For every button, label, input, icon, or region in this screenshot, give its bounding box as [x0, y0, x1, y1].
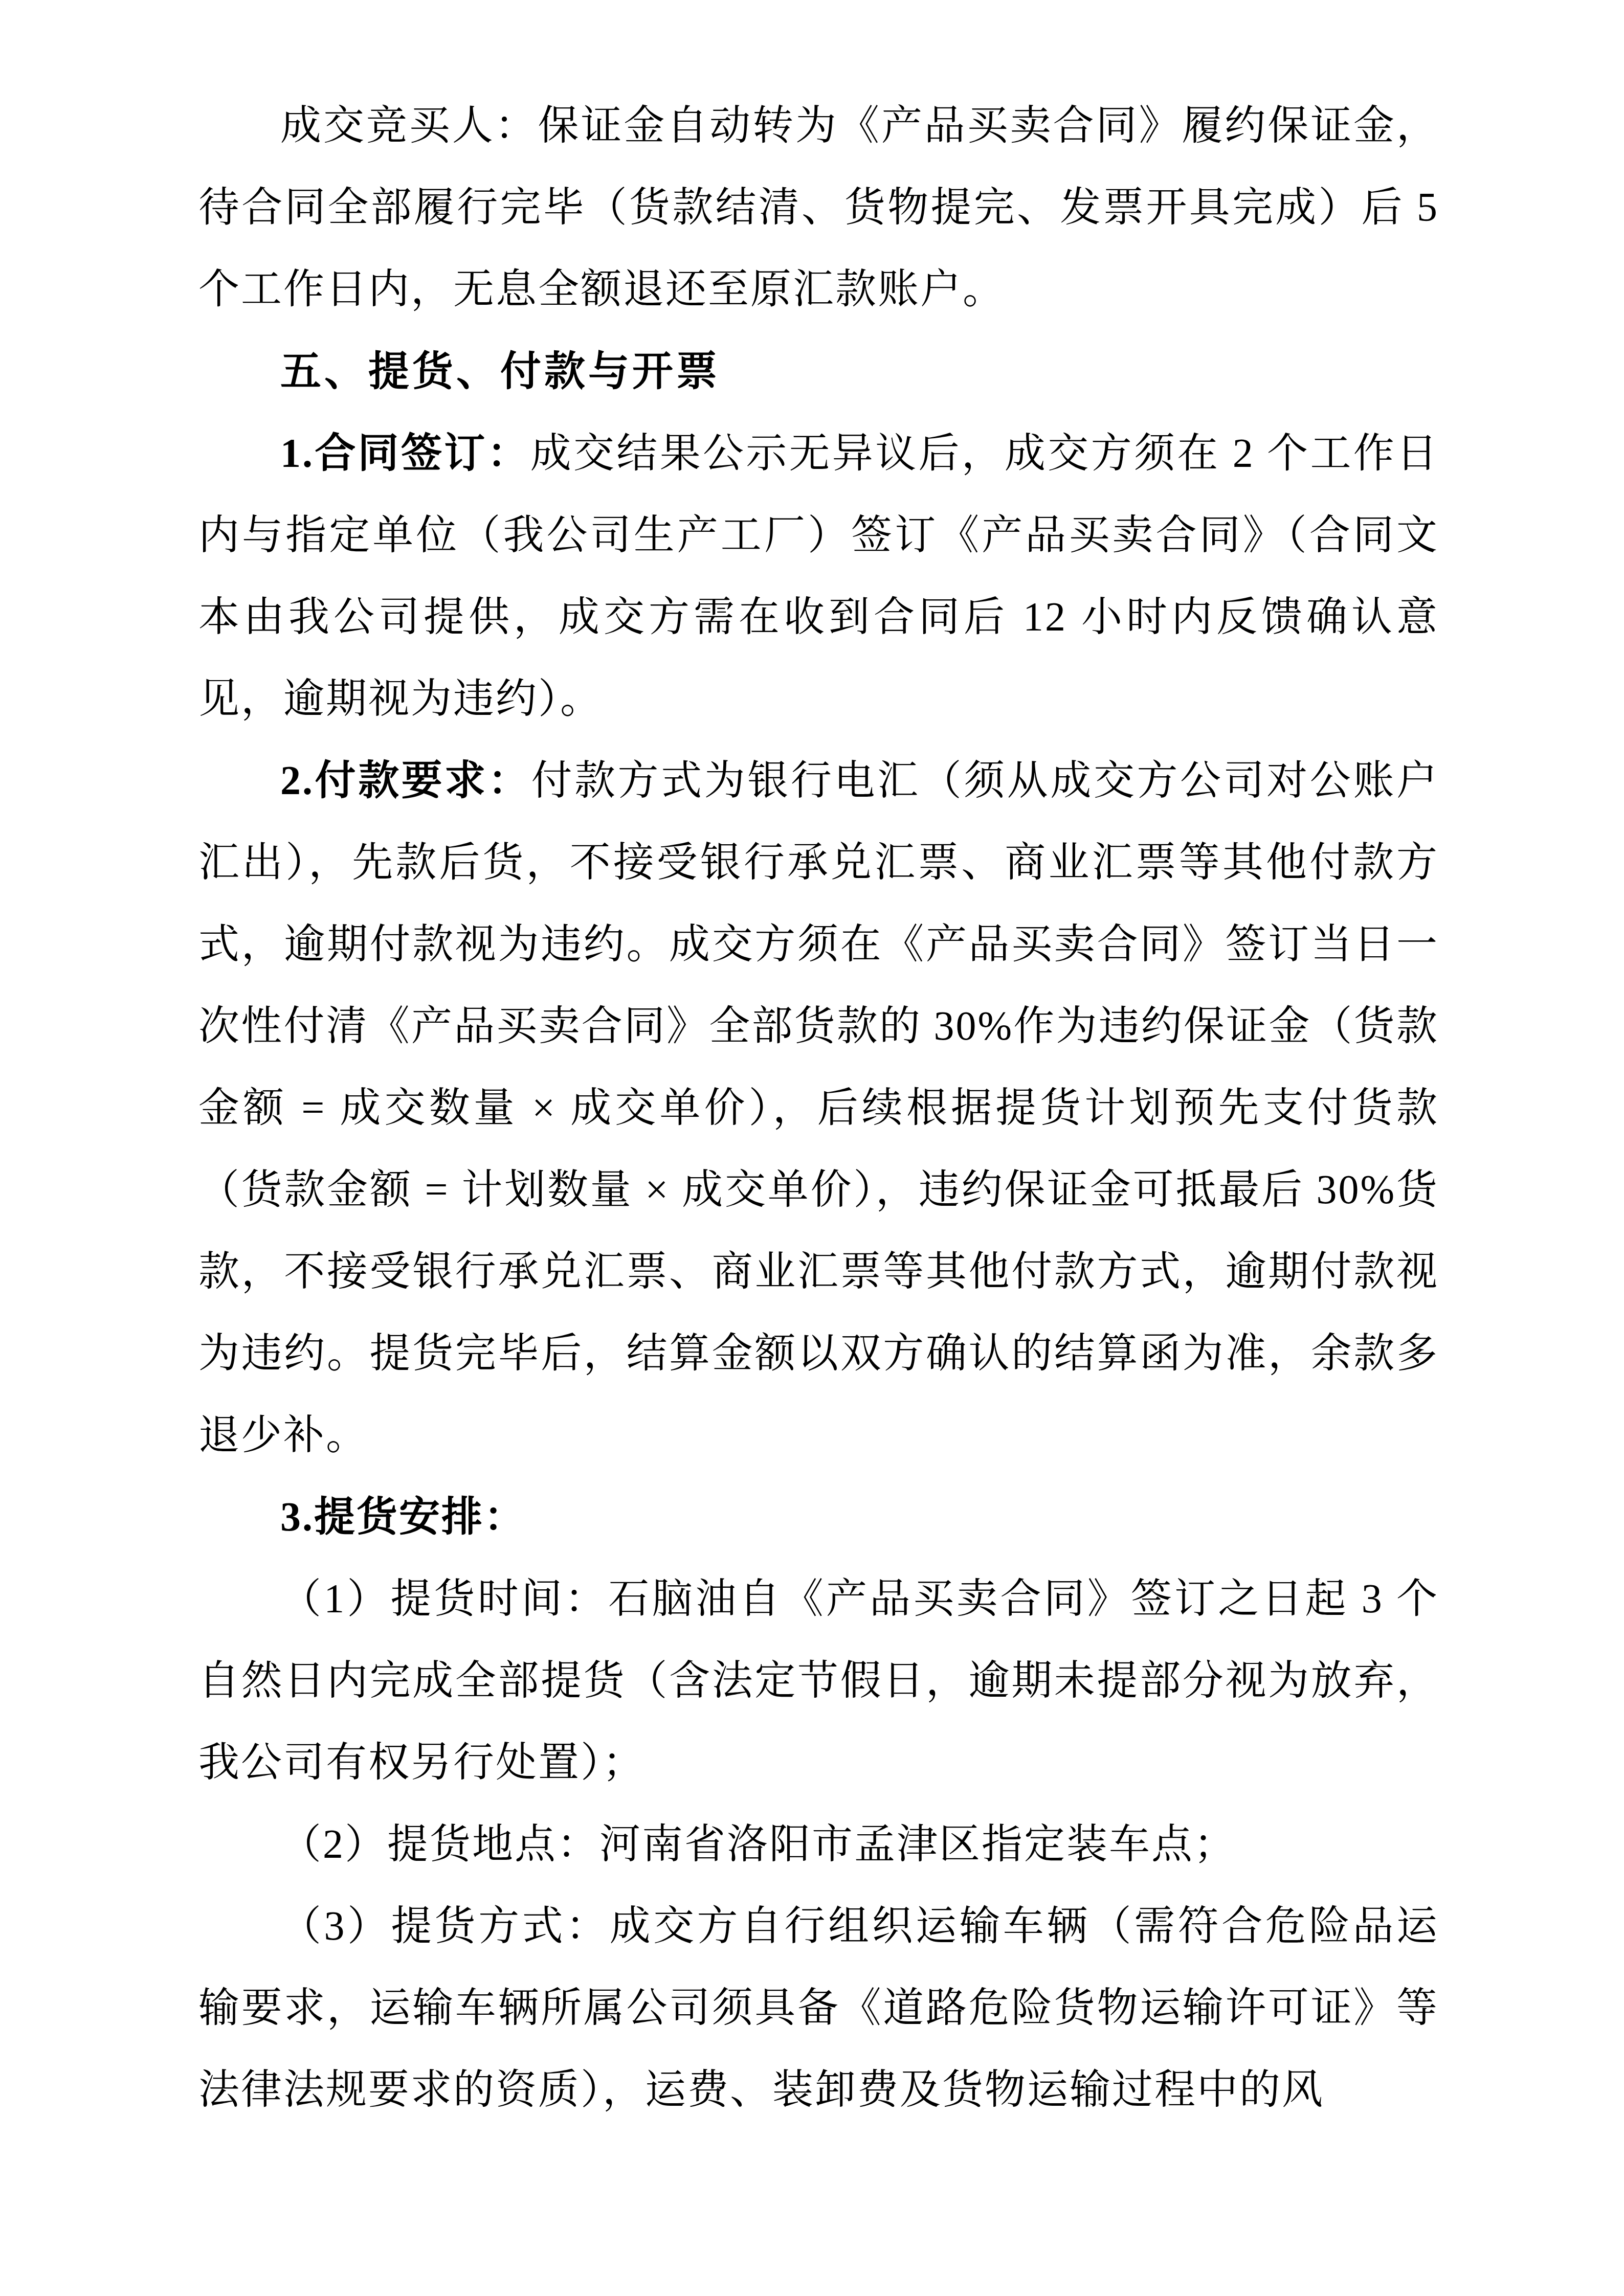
document-body: 成交竞买人：保证金自动转为《产品买卖合同》履约保证金，待合同全部履行完毕（货款结… — [198, 85, 1439, 2131]
paragraph-contract-signing: 1.合同签订：成交结果公示无异议后，成交方须在 2 个工作日内与指定单位（我公司… — [198, 413, 1439, 740]
paragraph-pickup-location: （2）提货地点：河南省洛阳市孟津区指定装车点； — [198, 1804, 1439, 1885]
paragraph-text: 成交竞买人：保证金自动转为《产品买卖合同》履约保证金，待合同全部履行完毕（货款结… — [198, 103, 1439, 312]
document-page: 成交竞买人：保证金自动转为《产品买卖合同》履约保证金，待合同全部履行完毕（货款结… — [0, 0, 1624, 2296]
paragraph-text: 付款方式为银行电汇（须从成交方公司对公账户汇出），先款后货，不接受银行承兑汇票、… — [198, 758, 1439, 1458]
run-in-label: 2.付款要求： — [280, 758, 531, 803]
paragraph-pickup-time: （1）提货时间：石脑油自《产品买卖合同》签订之日起 3 个自然日内完成全部提货（… — [198, 1558, 1439, 1804]
run-in-label: 1.合同签订： — [280, 431, 530, 476]
paragraph-text: （2）提货地点：河南省洛阳市孟津区指定装车点； — [280, 1822, 1236, 1867]
paragraph-payment-requirements: 2.付款要求：付款方式为银行电汇（须从成交方公司对公账户汇出），先款后货，不接受… — [198, 740, 1439, 1476]
paragraph-pickup-arrangement-heading: 3.提货安排： — [198, 1476, 1439, 1558]
paragraph-pickup-method: （3）提货方式：成交方自行组织运输车辆（需符合危险品运输要求，运输车辆所属公司须… — [198, 1885, 1439, 2131]
paragraph-deposit-refund: 成交竞买人：保证金自动转为《产品买卖合同》履约保证金，待合同全部履行完毕（货款结… — [198, 85, 1439, 330]
paragraph-text: （1）提货时间：石脑油自《产品买卖合同》签订之日起 3 个自然日内完成全部提货（… — [198, 1577, 1439, 1785]
run-in-label: 3.提货安排： — [280, 1495, 526, 1540]
paragraph-text: （3）提货方式：成交方自行组织运输车辆（需符合危险品运输要求，运输车辆所属公司须… — [198, 1904, 1439, 2112]
section-heading-text: 五、提货、付款与开票 — [280, 348, 720, 394]
section-heading-five: 五、提货、付款与开票 — [198, 330, 1439, 413]
